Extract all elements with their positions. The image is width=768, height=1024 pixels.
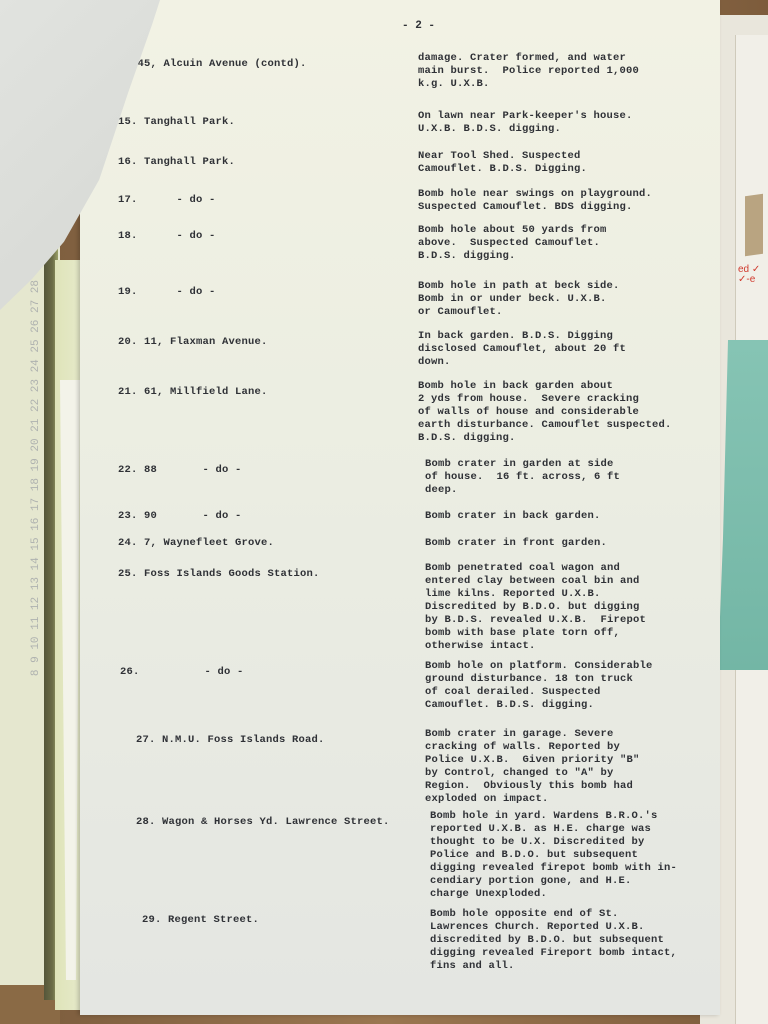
entry-description: damage. Crater formed, and water main bu… <box>418 52 639 91</box>
typed-document-page: - 2 - 4. 45, Alcuin Avenue (contd).damag… <box>80 0 720 1015</box>
entry-location: 21. 61, Millfield Lane. <box>118 386 268 399</box>
entry-description: Bomb hole in yard. Wardens B.R.O.'s repo… <box>430 810 677 901</box>
entry-description: Bomb hole in back garden about 2 yds fro… <box>418 380 672 445</box>
entry-location: 28. Wagon & Horses Yd. Lawrence Street. <box>136 816 390 829</box>
entry-location: 23. 90 - do - <box>118 510 242 523</box>
entry-description: Bomb penetrated coal wagon and entered c… <box>425 562 646 653</box>
entry-location: 15. Tanghall Park. <box>118 116 235 129</box>
entry-location: 26. - do - <box>120 666 244 679</box>
entry-location: 25. Foss Islands Goods Station. <box>118 568 320 581</box>
entry-description: Bomb hole near swings on playground. Sus… <box>418 188 652 214</box>
entry-location: 27. N.M.U. Foss Islands Road. <box>136 734 325 747</box>
tan-tab <box>745 194 763 257</box>
entry-location: 17. - do - <box>118 194 216 207</box>
entry-description: Bomb crater in garden at side of house. … <box>425 458 620 497</box>
entry-location: 4. 45, Alcuin Avenue (contd). <box>118 58 307 71</box>
entry-description: Bomb hole opposite end of St. Lawrences … <box>430 908 677 973</box>
entry-location: 22. 88 - do - <box>118 464 242 477</box>
entry-location: 24. 7, Waynefleet Grove. <box>118 537 274 550</box>
entry-description: Bomb crater in garage. Severe cracking o… <box>425 728 640 806</box>
entry-description: Bomb crater in front garden. <box>425 537 607 550</box>
entry-description: On lawn near Park-keeper's house. U.X.B.… <box>418 110 633 136</box>
entry-location: 18. - do - <box>118 230 216 243</box>
left-stack-numbers: 8 9 10 11 12 13 14 15 16 17 18 19 20 21 … <box>28 280 44 676</box>
photo-scene: ed ✓ ✓-e 8 9 10 11 12 13 14 15 16 17 18 … <box>0 0 768 1024</box>
entry-location: 29. Regent Street. <box>142 914 259 927</box>
entry-description: In back garden. B.D.S. Digging disclosed… <box>418 330 626 369</box>
entry-description: Bomb crater in back garden. <box>425 510 601 523</box>
red-annotation: ed ✓ ✓-e <box>738 265 768 285</box>
entry-description: Near Tool Shed. Suspected Camouflet. B.D… <box>418 150 587 176</box>
page-number: - 2 - <box>402 20 435 32</box>
entry-location: 20. 11, Flaxman Avenue. <box>118 336 268 349</box>
entry-location: 16. Tanghall Park. <box>118 156 235 169</box>
entry-location: 19. - do - <box>118 286 216 299</box>
entry-description: Bomb hole about 50 yards from above. Sus… <box>418 224 607 263</box>
entry-description: Bomb hole on platform. Considerable grou… <box>425 660 653 712</box>
entry-description: Bomb hole in path at beck side. Bomb in … <box>418 280 620 319</box>
